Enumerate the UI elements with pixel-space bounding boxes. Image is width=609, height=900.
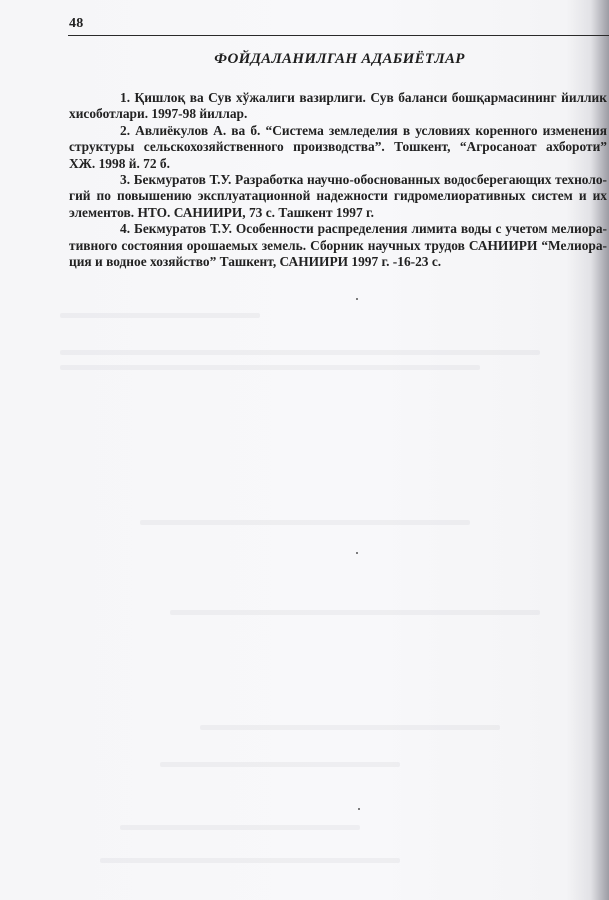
reference-line: гий по повышению эксплуатационной надежн… bbox=[69, 188, 607, 204]
reference-line: ХЖ. 1998 й. 72 б. bbox=[69, 156, 607, 172]
reference-line: элементов. НТО. САНИИРИ, 73 с. Ташкент 1… bbox=[69, 205, 607, 221]
bleed-through bbox=[60, 350, 540, 355]
reference-line: 4. Бекмуратов Т.У. Особенности распредел… bbox=[69, 221, 607, 237]
bleed-through bbox=[140, 520, 470, 525]
scan-speck bbox=[356, 552, 358, 554]
reference-line: структуры сельскохозяйственного производ… bbox=[69, 139, 607, 155]
reference-item: 2. Авлиёкулов А. ва б. “Система земледел… bbox=[69, 123, 607, 172]
reference-line: хисоботлари. 1997-98 йиллар. bbox=[69, 106, 607, 122]
bleed-through bbox=[120, 825, 360, 830]
bleed-through bbox=[60, 313, 260, 318]
bleed-through bbox=[200, 725, 500, 730]
bleed-through bbox=[170, 610, 540, 615]
page-number: 48 bbox=[69, 16, 83, 32]
section-title: ФОЙДАЛАНИЛГАН АДАБИЁТЛАР bbox=[0, 51, 609, 68]
reference-item: 1. Қишлоқ ва Сув хўжалиги вазирлиги. Сув… bbox=[69, 90, 607, 123]
reference-line: 3. Бекмуратов Т.У. Разработка научно-обо… bbox=[69, 172, 607, 188]
header-rule bbox=[68, 35, 609, 36]
reference-line: тивного состояния орошаемых земель. Сбор… bbox=[69, 238, 607, 254]
bleed-through bbox=[100, 858, 400, 863]
reference-list: 1. Қишлоқ ва Сув хўжалиги вазирлиги. Сув… bbox=[69, 90, 607, 270]
scan-speck bbox=[358, 808, 360, 810]
reference-item: 4. Бекмуратов Т.У. Особенности распредел… bbox=[69, 221, 607, 270]
bleed-through bbox=[160, 762, 400, 767]
reference-line: 1. Қишлоқ ва Сув хўжалиги вазирлиги. Сув… bbox=[69, 90, 607, 106]
bleed-through bbox=[60, 365, 480, 370]
scan-speck bbox=[356, 298, 358, 300]
reference-item: 3. Бекмуратов Т.У. Разработка научно-обо… bbox=[69, 172, 607, 221]
reference-line: 2. Авлиёкулов А. ва б. “Система земледел… bbox=[69, 123, 607, 139]
reference-line: ция и водное хозяйство” Ташкент, САНИИРИ… bbox=[69, 254, 607, 270]
scanned-page: 48 ФОЙДАЛАНИЛГАН АДАБИЁТЛАР 1. Қишлоқ ва… bbox=[0, 0, 609, 900]
scan-speck bbox=[309, 58, 311, 60]
